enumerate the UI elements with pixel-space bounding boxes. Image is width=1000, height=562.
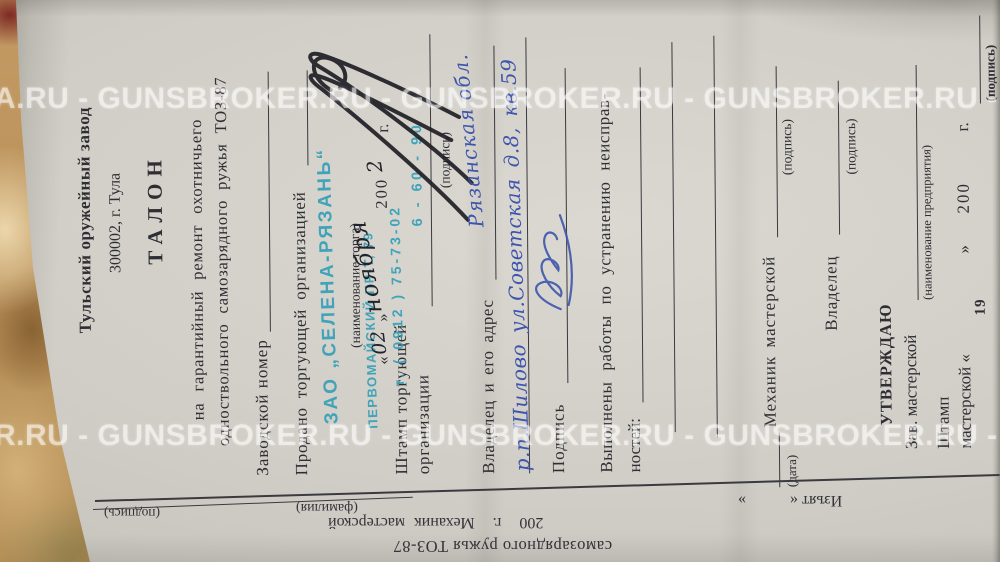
stub-seized-label: Изъят « » [738,491,842,509]
factory-name: Тульский оружейный завод [75,107,96,333]
subtitle-line2: одноствольного самозарядного ружья ТОЗ-8… [212,77,233,447]
works-blank-line [640,67,644,402]
watermark-band-top: A.RU - GUNSBROKER.RU - GUNSBROKER.RU - G… [0,82,1000,116]
owner-blue-signature [520,205,579,318]
factory-address: 300002, г. Тула [107,173,125,273]
signature-note-3: (подпись) [844,118,859,174]
watermark-band-bottom: R.RU - GUNSBROKER.RU - GUNSBROKER.RU - G… [0,419,1000,453]
big-ink-signature [298,20,478,240]
shop-quote-close: » [955,245,974,254]
stub-signature-note: (подпись) [104,505,160,521]
talon-title: ТАЛОН [143,153,167,265]
enterprise-note: (наименование предприятия) [920,145,935,300]
page-number: 19 [973,298,990,315]
works-line1: Выполнены работы по устранению неисправ- [595,93,617,473]
signature-note-2: (подпись) [780,119,795,175]
photo-scene: Тульский оружейный завод 300002, г. Тула… [0,0,1000,562]
approve-label: УТВЕРЖДАЮ [877,303,896,425]
shop-year-printed: 200 [955,182,974,214]
mechanic-label: Механик мастерской [760,256,780,428]
stub-title-line: самозарядного ружья ТОЗ-87 [393,536,612,556]
stub-mechanic-line: 200 г. Механик мастерской [328,513,543,531]
handwritten-day: 02 [368,329,391,355]
subtitle-line1: на гарантийный ремонт охотничьего [187,119,208,421]
date-note: (дата) [785,455,800,487]
owner2-label: Владелец [822,256,841,331]
shop-year-suffix: г. [954,122,973,131]
serial-label: Заводской номер [253,339,273,476]
